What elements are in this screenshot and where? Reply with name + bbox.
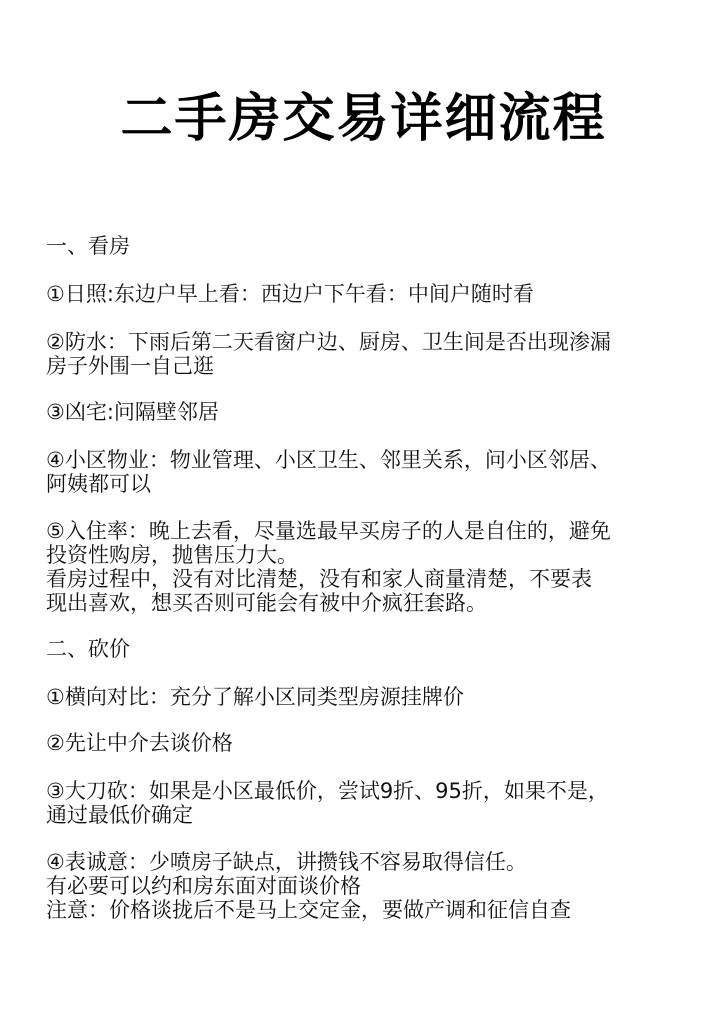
item-sunlight: ①日照:东边户早上看：西边户下午看：中间户随时看 xyxy=(46,282,534,306)
item-sincerity-cont: 有必要可以约和房东面对面谈价格 xyxy=(46,874,361,898)
note-warning: 注意：价格谈拢后不是马上交定金，要做产调和征信自查 xyxy=(46,898,571,922)
section-heading: 二、砍价 xyxy=(46,637,130,661)
item-property-mgmt: ④小区物业：物业管理、小区卫生、邻里关系，问小区邻居、 xyxy=(46,448,611,472)
page-title: 二手房交易详细流程 xyxy=(0,84,727,154)
section-heading: 一、看房 xyxy=(46,234,130,258)
item-big-cut: ③大刀砍：如果是小区最低价，尝试9折、95折，如果不是， xyxy=(46,779,609,803)
item-compare: ①横向对比：充分了解小区同类型房源挂牌价 xyxy=(46,685,464,709)
item-haunted-house: ③凶宅:问隔壁邻居 xyxy=(46,400,219,424)
item-property-mgmt-cont: 阿姨都可以 xyxy=(46,472,151,496)
item-occupancy-cont: 投资性购房，抛售压力大。 xyxy=(46,543,298,567)
viewing-note-cont: 现出喜欢，想买否则可能会有被中介疯狂套路。 xyxy=(46,591,487,615)
item-waterproof-cont: 房子外围一自己逛 xyxy=(46,354,214,378)
item-sincerity: ④表诚意：少喷房子缺点，讲攒钱不容易取得信任。 xyxy=(46,850,527,874)
item-big-cut-cont: 通过最低价确定 xyxy=(46,803,193,827)
item-occupancy: ⑤入住率：晚上去看，尽量选最早买房子的人是自住的，避免 xyxy=(46,519,611,543)
item-waterproof: ②防水：下雨后第二天看窗户边、厨房、卫生间是否出现渗漏 xyxy=(46,330,611,354)
item-agent-negotiate: ②先让中介去谈价格 xyxy=(46,731,233,755)
viewing-note: 看房过程中，没有对比清楚，没有和家人商量清楚，不要表 xyxy=(46,567,592,591)
